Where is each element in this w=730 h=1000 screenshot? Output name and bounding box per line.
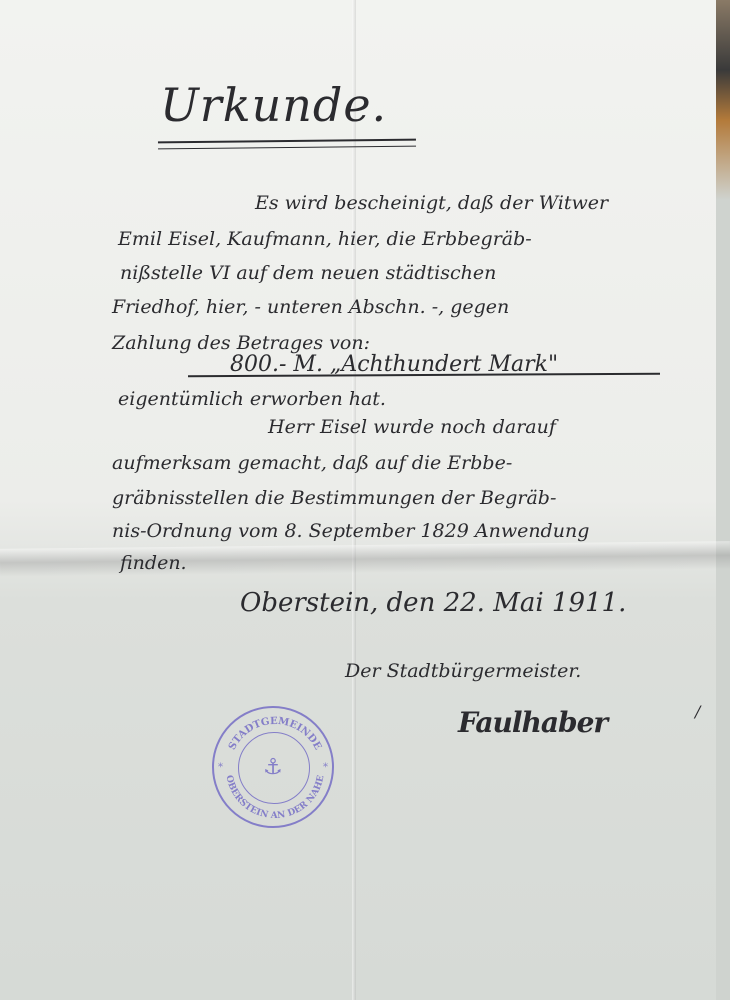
body-line-2: Emil Eisel, Kaufmann, hier, die Erbbegrä…: [118, 228, 532, 250]
body-line-5: Zahlung des Betrages von:: [112, 332, 370, 354]
signature: Faulhaber: [458, 706, 607, 739]
body-line-11: finden.: [120, 552, 187, 574]
municipal-seal-stamp: STADTGEMEINDE OBERSTEIN AN DER NAHE * * …: [212, 706, 334, 828]
body-line-1: Es wird bescheinigt, daß der Witwer: [255, 192, 608, 214]
corner-mark: /: [695, 702, 700, 721]
seal-star-left-icon: *: [218, 762, 223, 773]
place-and-date: Oberstein, den 22. Mai 1911.: [240, 588, 626, 618]
body-line-8: aufmerksam gemacht, daß auf die Erbbe-: [112, 452, 512, 474]
body-line-6: eigentümlich erworben hat.: [118, 388, 386, 410]
horizontal-fold-crease: [0, 541, 730, 577]
table-background: [714, 0, 730, 200]
body-line-10: nis-Ordnung vom 8. September 1829 Anwend…: [112, 520, 589, 542]
body-line-3: nißstelle VI auf dem neuen städtischen: [120, 262, 496, 284]
certificate-paper: Urkunde. Es wird bescheinigt, daß der Wi…: [0, 0, 716, 1000]
body-line-4: Friedhof, hier, - unteren Abschn. -, geg…: [112, 296, 509, 318]
document-title: Urkunde.: [160, 78, 387, 132]
body-line-7: Herr Eisel wurde noch darauf: [268, 416, 556, 438]
issuing-office: Der Stadtbürgermeister.: [345, 660, 581, 682]
title-underline: [158, 139, 416, 150]
seal-emblem-anchor-icon: ⚓: [238, 732, 308, 802]
seal-star-right-icon: *: [323, 762, 328, 773]
body-line-9: gräbnisstellen die Bestimmungen der Begr…: [112, 487, 556, 509]
